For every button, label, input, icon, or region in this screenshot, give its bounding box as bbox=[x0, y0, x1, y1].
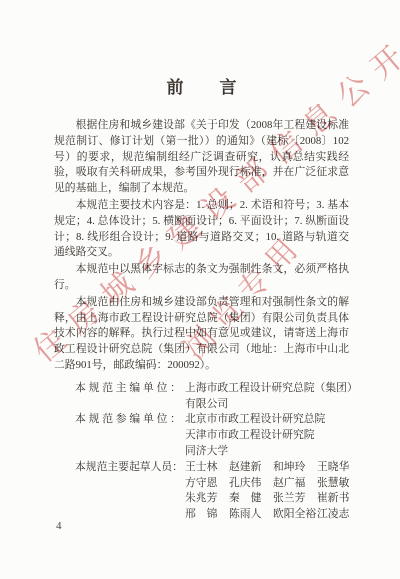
drafter-name: 秦 健 bbox=[229, 491, 273, 507]
page-number: 4 bbox=[56, 520, 62, 532]
drafter-name: 陈雨人 bbox=[229, 507, 273, 523]
credit-entry: 同济大学 bbox=[185, 444, 349, 460]
drafter-name: 赵广福 bbox=[273, 476, 317, 492]
drafter-name: 张慧敏 bbox=[317, 476, 349, 492]
credit-label: 本规范参编单位： bbox=[75, 412, 185, 428]
credit-entries: 上海市政工程设计研究总院（集团）有限公司 bbox=[185, 381, 349, 413]
drafter-name: 张兰芳 bbox=[273, 491, 317, 507]
credit-row: 本规范主要起草人员：王士林赵建新和坤玲王晓华方守恩孔庆伟赵广福张慧敏朱兆芳秦 健… bbox=[75, 460, 349, 523]
drafter-name: 崔新书 bbox=[317, 491, 349, 507]
drafter-name: 王士林 bbox=[185, 460, 229, 476]
credit-entries: 王士林赵建新和坤玲王晓华方守恩孔庆伟赵广福张慧敏朱兆芳秦 健张兰芳崔新书邢 锦陈… bbox=[185, 460, 349, 523]
drafter-name-row: 王士林赵建新和坤玲王晓华 bbox=[185, 460, 349, 476]
drafter-name: 欧阳全裕 bbox=[273, 507, 317, 523]
drafter-name-row: 朱兆芳秦 健张兰芳崔新书 bbox=[185, 491, 349, 507]
drafter-name: 王晓华 bbox=[317, 460, 349, 476]
drafter-name-row: 方守恩孔庆伟赵广福张慧敏 bbox=[185, 476, 349, 492]
drafter-name: 和坤玲 bbox=[273, 460, 317, 476]
credit-entries: 北京市市政工程设计研究总院天津市市政工程设计研究院同济大学 bbox=[185, 412, 349, 459]
credits-section: 本规范主编单位：上海市政工程设计研究总院（集团）有限公司本规范参编单位：北京市市… bbox=[54, 381, 349, 523]
credit-entry: 上海市政工程设计研究总院（集团） bbox=[185, 381, 349, 397]
drafter-name: 江凌志 bbox=[317, 507, 349, 523]
page-title-text: 前言 bbox=[131, 78, 273, 97]
foreword-paragraph: 本规范中以黑体字标志的条文为强制性条文，必须严格执行。 bbox=[54, 262, 349, 294]
foreword-paragraph: 本规范主要技术内容是：1. 总则；2. 术语和符号；3. 基本规定；4. 总体设… bbox=[54, 198, 349, 261]
foreword-paragraph: 根据住房和城乡建设部《关于印发（2008年工程建设标准规范制订、修订计划（第一批… bbox=[54, 118, 349, 197]
drafter-name: 方守恩 bbox=[185, 476, 229, 492]
credit-entry: 天津市市政工程设计研究院 bbox=[185, 428, 349, 444]
page-title: 前言 bbox=[54, 76, 349, 100]
foreword-paragraphs: 根据住房和城乡建设部《关于印发（2008年工程建设标准规范制订、修订计划（第一批… bbox=[54, 118, 349, 374]
page-content: 前言 根据住房和城乡建设部《关于印发（2008年工程建设标准规范制订、修订计划（… bbox=[0, 0, 400, 523]
drafter-name: 朱兆芳 bbox=[185, 491, 229, 507]
drafter-name: 孔庆伟 bbox=[229, 476, 273, 492]
drafter-name: 赵建新 bbox=[229, 460, 273, 476]
credit-entry: 有限公司 bbox=[185, 397, 349, 413]
credit-label: 本规范主编单位： bbox=[75, 381, 185, 397]
drafter-name-row: 邢 锦陈雨人欧阳全裕江凌志 bbox=[185, 507, 349, 523]
foreword-paragraph: 本规范由住房和城乡建设部负责管理和对强制性条文的解释，由上海市政工程设计研究总院… bbox=[54, 295, 349, 374]
credit-row: 本规范参编单位：北京市市政工程设计研究总院天津市市政工程设计研究院同济大学 bbox=[75, 412, 349, 459]
credit-label: 本规范主要起草人员： bbox=[75, 460, 185, 476]
scanned-standard-foreword-page: 住房城乡建设部信息公开 浏览专用 前言 根据住房和城乡建设部《关于印发（2008… bbox=[0, 0, 400, 579]
drafter-name: 邢 锦 bbox=[185, 507, 229, 523]
credit-row: 本规范主编单位：上海市政工程设计研究总院（集团）有限公司 bbox=[75, 381, 349, 413]
credit-entry: 北京市市政工程设计研究总院 bbox=[185, 412, 349, 428]
